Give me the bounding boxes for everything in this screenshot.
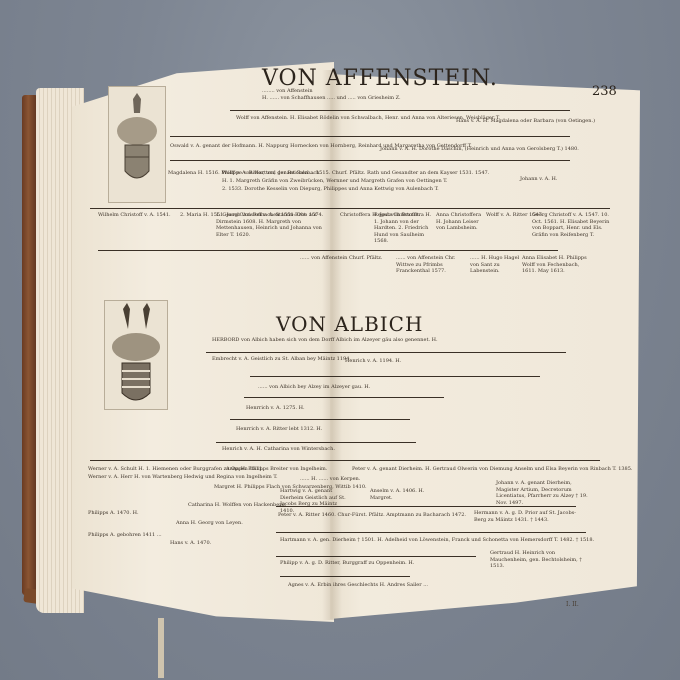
divider (276, 556, 476, 557)
entry: Philipps A. 1470. H. (88, 510, 139, 517)
section-title-albich: VON ALBICH (276, 312, 423, 336)
divider (170, 160, 570, 161)
entry: Philipp v. A. g. D. Ritter, Burggraff zu… (280, 560, 414, 567)
entry: ...... H. ...... von Kerpen. (300, 476, 360, 483)
entry: Hartmann v. A. gen. Dierheim † 1501. H. … (280, 537, 594, 544)
entry: Anna H. Georg von Leyen. (176, 520, 243, 527)
entry: Embrecht v. A. Geistlich zu St. Alban be… (212, 356, 351, 363)
entry: Johann v. A. H. Dorothe Daschin, (Heinri… (380, 146, 579, 153)
entry: Hans v. A. 1470. (170, 540, 211, 547)
divider (90, 460, 600, 461)
entry: 2. 1533. Dorothe Kesselin von Diepurg, P… (222, 186, 439, 193)
divider (230, 419, 410, 420)
entry: Anna H. Philipps Breiter von Ingelheim. (226, 466, 327, 473)
entry: ...... von Affenstein Churf. Pfältz. (300, 255, 383, 262)
divider (276, 506, 576, 507)
entry: Catharina H. Wolffen von Hackenberg. (188, 502, 286, 509)
entry: Johann v. A. H. (520, 176, 557, 183)
divider (170, 136, 570, 137)
entry: Werner v. A. Herr H. von Wartenberg Hedw… (88, 474, 278, 481)
divider (90, 208, 610, 209)
entry: Wolff v. A. Ritter, und der Reichen ... … (222, 170, 489, 177)
entry: Wilhelm Christoff v. A. 1541. (98, 212, 171, 219)
page-number: 238 (592, 84, 617, 99)
divider (280, 576, 410, 577)
divider (98, 250, 558, 251)
coat-of-arms-albich (104, 300, 168, 410)
entry: Anselm v. A. 1406. H. Margret. (370, 488, 430, 501)
entry: Gertraud H. Heinrich von Mauchenheim, ge… (490, 550, 590, 570)
entry: 1. Georg Christoff v. A. Stamm-Erbe auf … (216, 212, 336, 238)
divider (230, 110, 570, 111)
open-book-photo: VON AFFENSTEIN. 238 ........ von Affenst… (0, 0, 680, 680)
entry: ...... H. Hugo Hagel von Sant zu Labenst… (470, 255, 520, 275)
entry: Henrich v. A. 1194. H. (345, 358, 401, 365)
divider (244, 397, 444, 398)
entry: Regula Christoffera H. 1. Johann von der… (374, 212, 434, 245)
entry: Hermann v. A. g. D. Prior auf St. Jacobs… (474, 510, 584, 523)
entry: Philipps A. gebohren 1411 ... (88, 532, 162, 539)
coat-of-arms-affenstein (108, 86, 166, 203)
divider (276, 532, 586, 533)
entry: Peter v. A. Ritter 1460. Chur-Fürst. Pfä… (278, 512, 466, 519)
divider (250, 376, 540, 377)
entry: Anna Christoffera H. Johann Leiser von L… (436, 212, 486, 232)
entry: Peter v. A. genant Dierheim. H. Gertraud… (352, 466, 633, 473)
entry: Henrrich v. A. 1275. H. (246, 405, 305, 412)
divider (206, 352, 566, 353)
entry: Johann v. A. genant Dierheim, Magister A… (496, 480, 596, 506)
entry: Agnes v. A. Erbin ihres Geschlechts H. A… (288, 582, 428, 589)
coat-of-arms-icon (105, 301, 167, 409)
header-line: H. ...... von Schaffhausen ..... und ...… (262, 95, 401, 102)
entry: Henrrich v. A. Ritter lebt 1312. H. (236, 426, 322, 433)
entry: Henrich v. A. H. Catharina von Wintersba… (222, 446, 335, 453)
signature-mark: I. II. (566, 601, 579, 608)
ribbon-bookmark (158, 618, 164, 678)
entry: ...... von Affenstein Chr. Wittwe zu Pfr… (396, 255, 456, 275)
divider (216, 442, 416, 443)
entry: Georg Christoff v. A. 1547. 10. Oct. 156… (532, 212, 612, 238)
entry: Hans v. A. H. Magdalena oder Barbara (vo… (456, 118, 595, 125)
entry: ...... von Albich bey Alzey im Alzeyer g… (258, 384, 370, 391)
entry: Anna Elisabet H. Philipps Wolff von Fech… (522, 255, 592, 275)
coat-of-arms-icon (109, 87, 165, 202)
entry: Hartwig v. A. genant Dierheim Geistlich … (280, 488, 350, 514)
header-line: ........ von Affenstein (262, 88, 313, 95)
entry: H. 1. Margreth Gräfin von Zweibrücken, W… (222, 178, 447, 185)
header-line: HERBORD von Albich haben sich von dem Do… (212, 337, 438, 344)
